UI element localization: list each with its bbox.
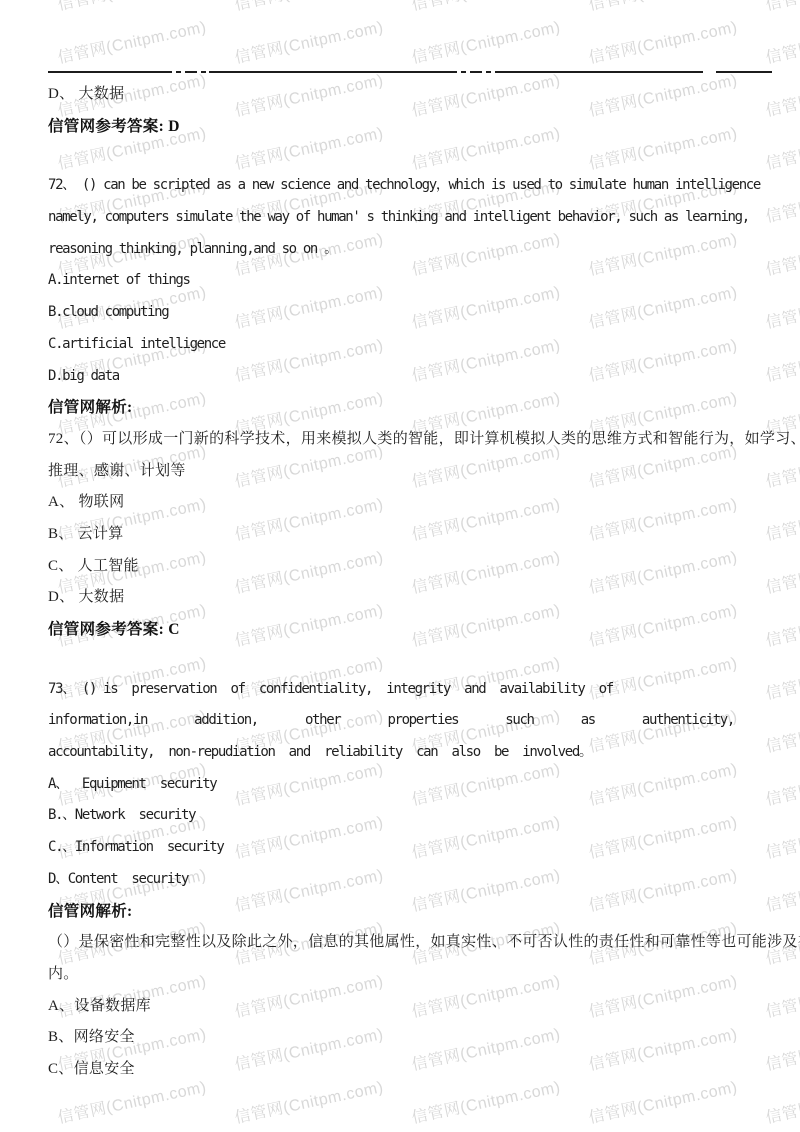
- analysis-heading: 信管网解析:: [48, 896, 760, 928]
- option-line: D、Content security: [48, 864, 760, 896]
- paragraph-gap: [48, 646, 760, 674]
- option-line: B.、Network security: [48, 800, 760, 832]
- document-body: D、 大数据信管网参考答案: D72、 () can be scripted a…: [48, 79, 760, 1086]
- watermark: 信管网(Cnitpm.com): [763, 756, 800, 810]
- watermark: 信管网(Cnitpm.com): [763, 862, 800, 916]
- watermark: 信管网(Cnitpm.com): [763, 809, 800, 863]
- question-line: namely, computers simulate the way of hu…: [48, 202, 760, 234]
- watermark: 信管网(Cnitpm.com): [763, 1021, 800, 1075]
- option-line: D、 大数据: [48, 582, 760, 614]
- question-line: 73、 () is preservation of confidentialit…: [48, 674, 760, 706]
- watermark: 信管网(Cnitpm.com): [763, 14, 800, 68]
- watermark: 信管网(Cnitpm.com): [763, 279, 800, 333]
- option-line: A、 物联网: [48, 487, 760, 519]
- paragraph-gap: [48, 142, 760, 170]
- answer-line: 信管网参考答案: C: [48, 614, 760, 646]
- watermark: 信管网(Cnitpm.com): [763, 703, 800, 757]
- watermark: 信管网(Cnitpm.com): [763, 491, 800, 545]
- document-page: 信管网(Cnitpm.com)信管网(Cnitpm.com)信管网(Cnitpm…: [0, 0, 800, 1132]
- option-line: A、设备数据库: [48, 991, 760, 1023]
- option-line: D、 大数据: [48, 79, 760, 111]
- option-line: B、 云计算: [48, 519, 760, 551]
- question-line: reasoning thinking, planning,and so on 。: [48, 234, 760, 266]
- analysis-heading: 信管网解析:: [48, 392, 760, 424]
- watermark: 信管网(Cnitpm.com): [763, 597, 800, 651]
- question-line: accountability, non-repudiation and reli…: [48, 737, 760, 769]
- watermark: 信管网(Cnitpm.com): [763, 544, 800, 598]
- option-line: B、网络安全: [48, 1022, 760, 1054]
- watermark: 信管网(Cnitpm.com): [232, 14, 385, 68]
- watermark: 信管网(Cnitpm.com): [763, 120, 800, 174]
- question-line: information,in addition, other propertie…: [48, 705, 760, 737]
- watermark: 信管网(Cnitpm.com): [763, 1074, 800, 1128]
- watermark: 信管网(Cnitpm.com): [409, 14, 562, 68]
- watermark: 信管网(Cnitpm.com): [763, 332, 800, 386]
- watermark: 信管网(Cnitpm.com): [55, 0, 208, 15]
- watermark: 信管网(Cnitpm.com): [232, 0, 385, 15]
- analysis-line: 推理、感谢、计划等: [48, 456, 760, 488]
- option-line: C.artificial intelligence: [48, 329, 760, 361]
- watermark: 信管网(Cnitpm.com): [763, 226, 800, 280]
- watermark: 信管网(Cnitpm.com): [409, 0, 562, 15]
- option-line: C、 人工智能: [48, 551, 760, 583]
- option-line: A、 Equipment security: [48, 769, 760, 801]
- option-line: C.、Information security: [48, 832, 760, 864]
- watermark: 信管网(Cnitpm.com): [763, 67, 800, 121]
- watermark: 信管网(Cnitpm.com): [763, 968, 800, 1022]
- option-line: D.big data: [48, 361, 760, 393]
- question-line: 72、 () can be scripted as a new science …: [48, 170, 760, 202]
- option-line: A.internet of things: [48, 265, 760, 297]
- option-line: C、信息安全: [48, 1054, 760, 1086]
- option-line: B.cloud computing: [48, 297, 760, 329]
- page-divider: [48, 71, 772, 73]
- watermark: 信管网(Cnitpm.com): [763, 650, 800, 704]
- watermark: 信管网(Cnitpm.com): [586, 14, 739, 68]
- watermark: 信管网(Cnitpm.com): [763, 0, 800, 15]
- analysis-line: 内。: [48, 959, 760, 991]
- answer-line: 信管网参考答案: D: [48, 111, 760, 143]
- analysis-line: 72、（）可以形成一门新的科学技术，用来模拟人类的智能，即计算机模拟人类的思维方…: [48, 424, 760, 456]
- watermark: 信管网(Cnitpm.com): [763, 173, 800, 227]
- analysis-line: （）是保密性和完整性以及除此之外，信息的其他属性，如真实性、不可否认性的责任性和…: [48, 927, 760, 959]
- watermark: 信管网(Cnitpm.com): [55, 14, 208, 68]
- watermark: 信管网(Cnitpm.com): [586, 0, 739, 15]
